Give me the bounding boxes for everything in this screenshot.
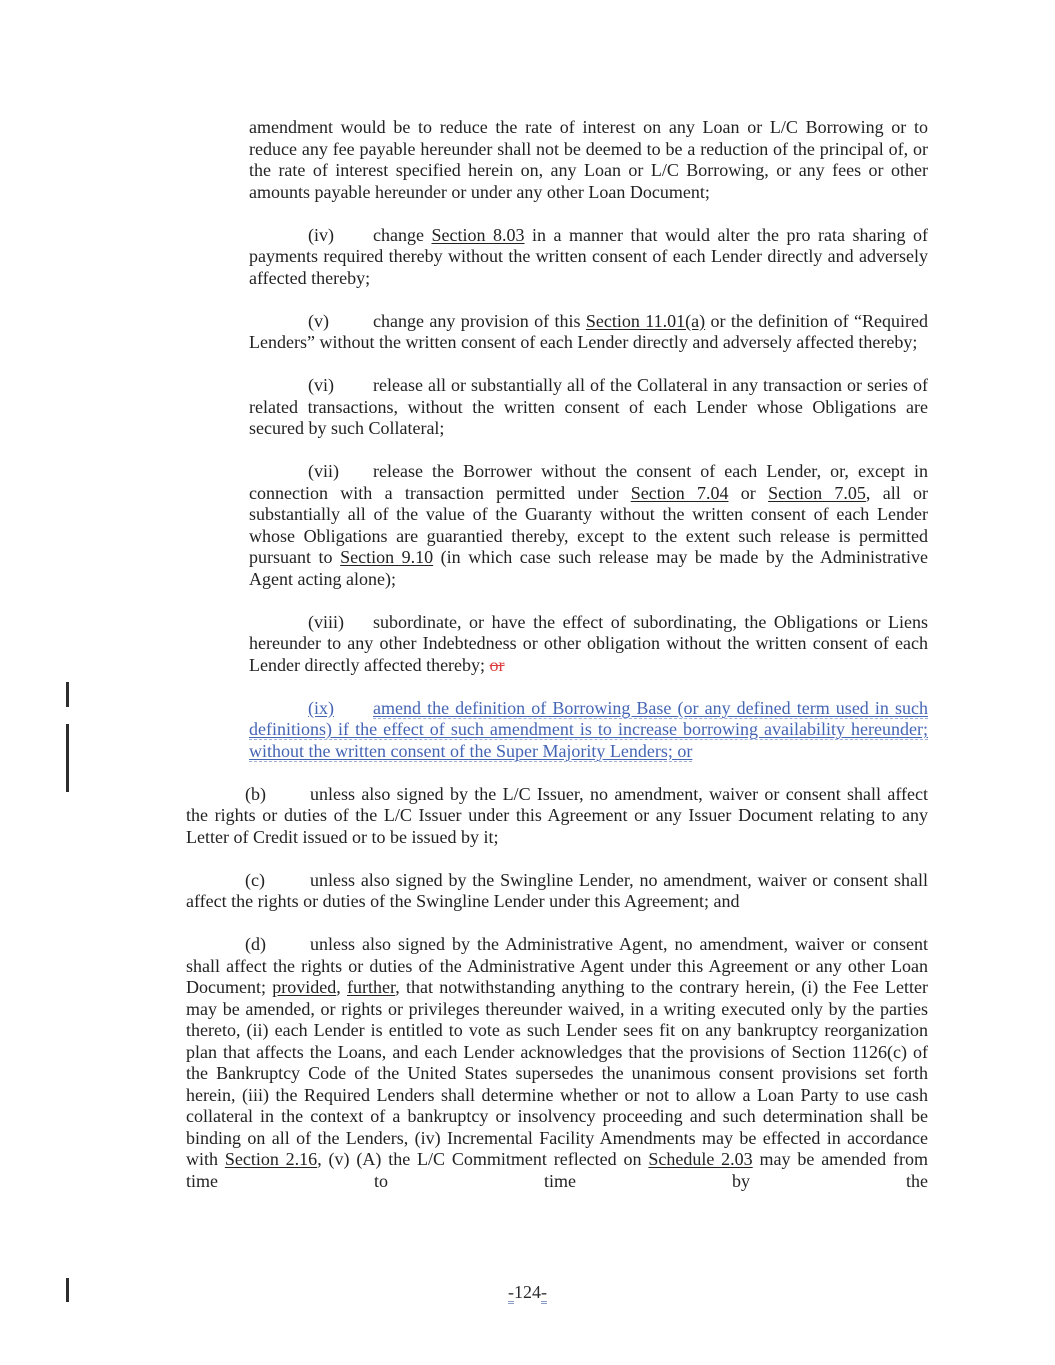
deleted-text: or — [490, 655, 505, 675]
text-run: , — [336, 977, 347, 997]
underlined-reference: Section 7.04 — [631, 483, 729, 503]
text-run: change — [373, 225, 431, 245]
clause-vi: (vi)release all or substantially all of … — [249, 375, 928, 440]
underlined-reference: provided — [272, 977, 336, 997]
paragraph-label: (vi) — [308, 375, 373, 397]
paragraph-label: (ix) — [308, 698, 373, 720]
clause-vii: (vii)release the Borrower without the co… — [249, 461, 928, 590]
paragraph-continuation: amendment would be to reduce the rate of… — [249, 117, 928, 203]
paragraph-label: (b) — [245, 784, 310, 806]
clause-viii: (viii)subordinate, or have the effect of… — [249, 612, 928, 677]
underlined-reference: Section 7.05 — [768, 483, 866, 503]
clause-d: (d)unless also signed by the Administrat… — [186, 934, 928, 1192]
text-run: amendment would be to reduce the rate of… — [249, 117, 928, 202]
page-number-dash: - — [541, 1282, 547, 1302]
underlined-reference: Section 9.10 — [340, 547, 433, 567]
clause-v: (v)change any provision of this Section … — [249, 311, 928, 354]
paragraph-label: (d) — [245, 934, 310, 956]
paragraph-label: (c) — [245, 870, 310, 892]
text-run: , that notwithstanding anything to the c… — [186, 977, 928, 1169]
text-run: , (v) (A) the L/C Commitment reflected o… — [317, 1149, 648, 1169]
page-number: 124 — [514, 1282, 541, 1302]
paragraph-label: (iv) — [308, 225, 373, 247]
underlined-reference: Section 8.03 — [431, 225, 524, 245]
underlined-reference: Schedule 2.03 — [648, 1149, 752, 1169]
page-footer: -124- — [0, 1282, 1055, 1304]
document-body: amendment would be to reduce the rate of… — [0, 117, 928, 1192]
paragraph-label: (v) — [308, 311, 373, 333]
clause-iv: (iv)change Section 8.03 in a manner that… — [249, 225, 928, 290]
underlined-reference: Section 2.16 — [225, 1149, 317, 1169]
document-page: amendment would be to reduce the rate of… — [0, 0, 1055, 1365]
underlined-reference: Section 11.01(a) — [586, 311, 705, 331]
paragraph-label: (viii) — [308, 612, 373, 634]
clause-c: (c)unless also signed by the Swingline L… — [186, 870, 928, 913]
underlined-reference: further — [347, 977, 395, 997]
clause-b: (b)unless also signed by the L/C Issuer,… — [186, 784, 928, 849]
text-run: or — [729, 483, 769, 503]
text-run: change any provision of this — [373, 311, 586, 331]
paragraph-label: (vii) — [308, 461, 373, 483]
clause-ix-inserted: (ix)amend the definition of Borrowing Ba… — [249, 698, 928, 763]
